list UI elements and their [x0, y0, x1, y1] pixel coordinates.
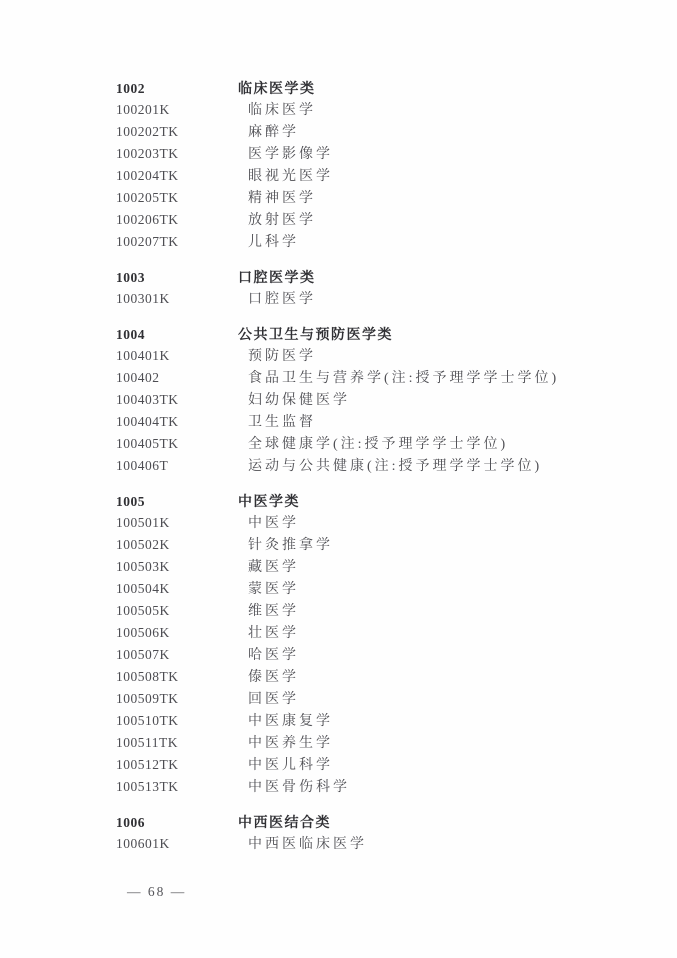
major-row: 100510TK中医康复学	[116, 710, 657, 732]
major-row: 100404TK卫生监督	[116, 411, 657, 433]
major-name: 回医学	[238, 689, 299, 710]
major-category-section: 1003口腔医学类100301K口腔医学	[116, 267, 657, 310]
major-row: 100507K哈医学	[116, 644, 657, 666]
major-code: 100505K	[116, 600, 238, 621]
major-row: 100202TK麻醉学	[116, 121, 657, 143]
major-row: 100505K维医学	[116, 600, 657, 622]
category-code: 1005	[116, 491, 238, 512]
major-code: 100503K	[116, 556, 238, 577]
category-header-row: 1003口腔医学类	[116, 267, 657, 288]
major-code: 100511TK	[116, 732, 238, 753]
major-name: 哈医学	[238, 645, 299, 666]
page-number: — 68 —	[127, 884, 186, 900]
category-header-row: 1006中西医结合类	[116, 812, 657, 833]
major-code: 100402	[116, 367, 238, 388]
major-row: 100501K中医学	[116, 512, 657, 534]
major-name: 中医养生学	[238, 733, 333, 754]
major-name: 麻醉学	[238, 122, 299, 143]
major-name: 卫生监督	[238, 412, 316, 433]
major-name: 中医儿科学	[238, 755, 333, 776]
major-name: 中医康复学	[238, 711, 333, 732]
major-code: 100506K	[116, 622, 238, 643]
major-name: 傣医学	[238, 667, 299, 688]
major-row: 100403TK妇幼保健医学	[116, 389, 657, 411]
major-code: 100202TK	[116, 121, 238, 142]
major-row: 100502K针灸推拿学	[116, 534, 657, 556]
major-category-section: 1002临床医学类100201K临床医学100202TK麻醉学100203TK医…	[116, 78, 657, 253]
major-name: 藏医学	[238, 557, 299, 578]
major-code: 100508TK	[116, 666, 238, 687]
major-row: 100402食品卫生与营养学(注:授予理学学士学位)	[116, 367, 657, 389]
major-row: 100512TK中医儿科学	[116, 754, 657, 776]
major-row: 100207TK儿科学	[116, 231, 657, 253]
major-code: 100513TK	[116, 776, 238, 797]
category-title: 公共卫生与预防医学类	[238, 324, 393, 345]
category-title: 临床医学类	[238, 78, 316, 99]
major-row: 100511TK中医养生学	[116, 732, 657, 754]
major-name: 运动与公共健康(注:授予理学学士学位)	[238, 456, 542, 477]
major-row: 100405TK全球健康学(注:授予理学学士学位)	[116, 433, 657, 455]
major-row: 100203TK医学影像学	[116, 143, 657, 165]
major-code: 100301K	[116, 288, 238, 309]
major-row: 100504K蒙医学	[116, 578, 657, 600]
category-header-row: 1002临床医学类	[116, 78, 657, 99]
major-name: 食品卫生与营养学(注:授予理学学士学位)	[238, 368, 559, 389]
major-code: 100203TK	[116, 143, 238, 164]
major-name: 放射医学	[238, 210, 316, 231]
major-code: 100401K	[116, 345, 238, 366]
category-header-row: 1004公共卫生与预防医学类	[116, 324, 657, 345]
major-category-section: 1005中医学类100501K中医学100502K针灸推拿学100503K藏医学…	[116, 491, 657, 798]
major-name: 针灸推拿学	[238, 535, 333, 556]
document-page: 1002临床医学类100201K临床医学100202TK麻醉学100203TK医…	[0, 0, 677, 958]
category-title: 中西医结合类	[238, 812, 331, 833]
major-code: 100206TK	[116, 209, 238, 230]
major-category-section: 1006中西医结合类100601K中西医临床医学	[116, 812, 657, 855]
major-code: 100403TK	[116, 389, 238, 410]
major-code: 100406T	[116, 455, 238, 476]
major-code: 100504K	[116, 578, 238, 599]
major-row: 100406T运动与公共健康(注:授予理学学士学位)	[116, 455, 657, 477]
major-name: 眼视光医学	[238, 166, 333, 187]
major-code: 100507K	[116, 644, 238, 665]
major-row: 100204TK眼视光医学	[116, 165, 657, 187]
major-row: 100205TK精神医学	[116, 187, 657, 209]
category-code: 1003	[116, 267, 238, 288]
category-title: 中医学类	[238, 491, 300, 512]
major-name: 中医学	[238, 513, 299, 534]
major-code: 100204TK	[116, 165, 238, 186]
major-name: 预防医学	[238, 346, 316, 367]
major-row: 100508TK傣医学	[116, 666, 657, 688]
major-code: 100201K	[116, 99, 238, 120]
major-name: 全球健康学(注:授予理学学士学位)	[238, 434, 508, 455]
major-name: 中西医临床医学	[238, 834, 367, 855]
category-code: 1004	[116, 324, 238, 345]
major-code: 100404TK	[116, 411, 238, 432]
major-code: 100512TK	[116, 754, 238, 775]
major-name: 儿科学	[238, 232, 299, 253]
major-row: 100206TK放射医学	[116, 209, 657, 231]
major-name: 医学影像学	[238, 144, 333, 165]
major-row: 100506K壮医学	[116, 622, 657, 644]
major-code: 100601K	[116, 833, 238, 854]
major-name: 蒙医学	[238, 579, 299, 600]
major-code: 100509TK	[116, 688, 238, 709]
major-row: 100301K口腔医学	[116, 288, 657, 310]
major-catalog-list: 1002临床医学类100201K临床医学100202TK麻醉学100203TK医…	[116, 78, 657, 869]
category-header-row: 1005中医学类	[116, 491, 657, 512]
major-row: 100503K藏医学	[116, 556, 657, 578]
major-row: 100201K临床医学	[116, 99, 657, 121]
major-code: 100205TK	[116, 187, 238, 208]
major-code: 100405TK	[116, 433, 238, 454]
major-name: 中医骨伤科学	[238, 777, 350, 798]
major-row: 100401K预防医学	[116, 345, 657, 367]
major-name: 维医学	[238, 601, 299, 622]
major-row: 100509TK回医学	[116, 688, 657, 710]
major-row: 100513TK中医骨伤科学	[116, 776, 657, 798]
major-name: 精神医学	[238, 188, 316, 209]
major-name: 口腔医学	[238, 289, 316, 310]
major-row: 100601K中西医临床医学	[116, 833, 657, 855]
major-code: 100510TK	[116, 710, 238, 731]
major-category-section: 1004公共卫生与预防医学类100401K预防医学100402食品卫生与营养学(…	[116, 324, 657, 477]
major-code: 100207TK	[116, 231, 238, 252]
major-name: 壮医学	[238, 623, 299, 644]
major-name: 妇幼保健医学	[238, 390, 350, 411]
major-code: 100501K	[116, 512, 238, 533]
major-name: 临床医学	[238, 100, 316, 121]
category-code: 1002	[116, 78, 238, 99]
category-title: 口腔医学类	[238, 267, 316, 288]
major-code: 100502K	[116, 534, 238, 555]
category-code: 1006	[116, 812, 238, 833]
